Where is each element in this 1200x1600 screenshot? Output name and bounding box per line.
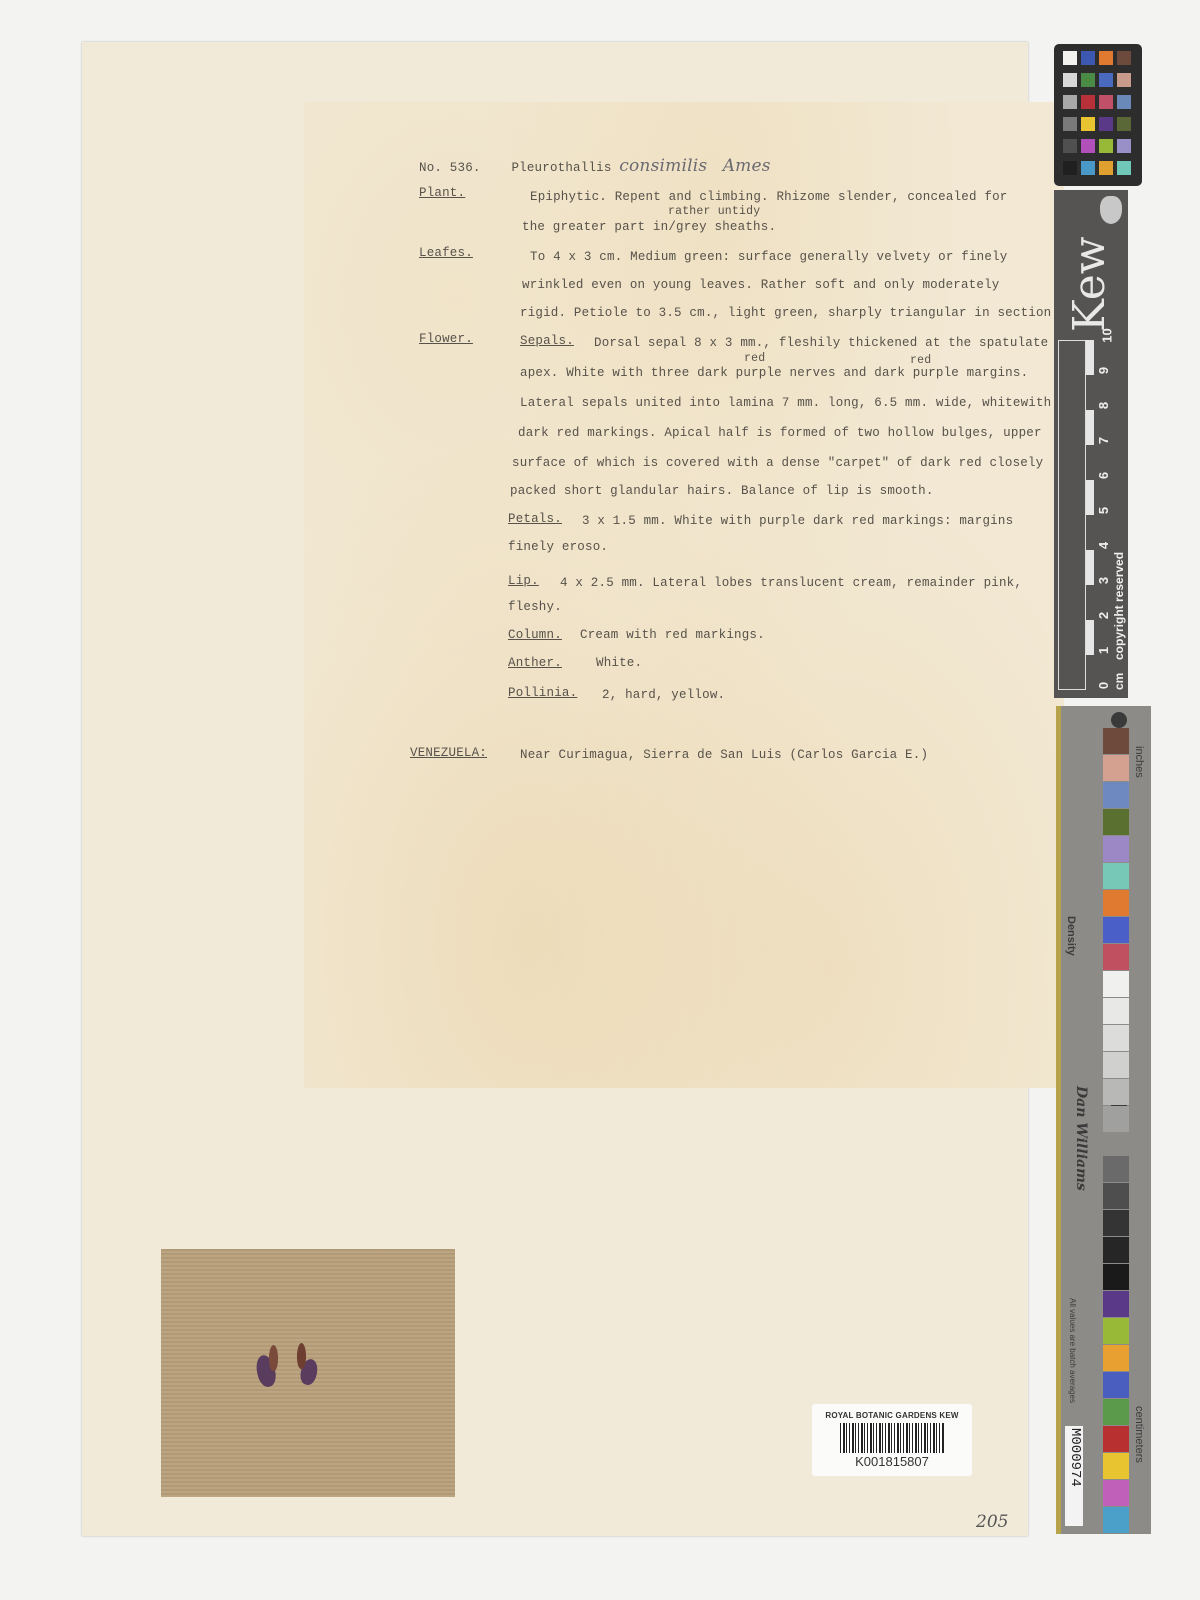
color-swatch [1081, 161, 1095, 175]
author-handwritten: Ames [723, 156, 771, 176]
color-swatch [1099, 95, 1113, 109]
density-patch [1103, 1345, 1129, 1371]
ruler-tick-label: 8 [1096, 402, 1111, 409]
density-patch [1103, 1210, 1129, 1236]
color-swatch [1117, 51, 1131, 65]
density-patch [1103, 1237, 1129, 1263]
lip-line-1: 4 x 2.5 mm. Lateral lobes translucent cr… [560, 576, 1022, 590]
density-patch [1103, 1106, 1129, 1132]
leaves-line-1: To 4 x 3 cm. Medium green: surface gener… [530, 250, 1007, 264]
density-patch [1103, 944, 1129, 970]
plant-line-2: the greater part in/grey sheaths. [522, 220, 776, 234]
lip-line-2: fleshy. [508, 600, 562, 614]
color-swatch [1099, 51, 1113, 65]
dan-williams-brand: Dan Williams [1073, 1086, 1089, 1191]
density-patch [1103, 1507, 1129, 1533]
petals-line-2: finely eroso. [508, 540, 608, 554]
color-swatch [1099, 161, 1113, 175]
color-swatch [1063, 117, 1077, 131]
locality-text: Near Curimagua, Sierra de San Luis (Carl… [520, 748, 928, 762]
density-patch [1103, 1399, 1129, 1425]
leaves-line-3: rigid. Petiole to 3.5 cm., light green, … [520, 306, 1051, 320]
specimen-number: No. 536. [419, 161, 481, 175]
density-patch [1103, 863, 1129, 889]
color-swatch [1117, 117, 1131, 131]
color-swatch [1081, 95, 1095, 109]
color-swatch [1117, 139, 1131, 153]
color-swatch [1099, 73, 1113, 87]
kew-logo-text: Kew [1068, 232, 1112, 332]
density-patch [1103, 1156, 1129, 1182]
inches-label: inches [1133, 746, 1145, 778]
copyright-text: copyright reserved [1112, 552, 1126, 660]
plant-insert: rather untidy [668, 205, 760, 218]
sepals-heading: Sepals. [520, 334, 574, 348]
color-swatch [1081, 51, 1095, 65]
density-patch [1103, 1426, 1129, 1452]
target-id-label: M000974 [1065, 1426, 1083, 1526]
column-heading: Column. [508, 628, 562, 642]
dan-williams-color-target: inches centimeters Density All values ar… [1056, 706, 1151, 1534]
ruler-tick-label: 2 [1096, 612, 1111, 619]
color-swatch [1063, 139, 1077, 153]
color-swatch [1117, 161, 1131, 175]
color-swatch [1063, 161, 1077, 175]
ruler-tick-label: 6 [1096, 472, 1111, 479]
ruler-unit: cm [1112, 673, 1126, 690]
section-heading-plant: Plant. [419, 186, 465, 200]
color-swatch [1081, 139, 1095, 153]
density-patch [1103, 917, 1129, 943]
color-checker-card [1054, 44, 1142, 186]
leaves-line-2: wrinkled even on young leaves. Rather so… [522, 278, 999, 292]
ruler-tick-label: 3 [1096, 577, 1111, 584]
density-patch [1103, 971, 1129, 997]
pollinia-text: 2, hard, yellow. [602, 688, 725, 702]
density-patch [1103, 1318, 1129, 1344]
color-swatch [1063, 73, 1077, 87]
fragment-packet [161, 1249, 455, 1497]
ruler-tick-label: 4 [1096, 542, 1111, 549]
color-swatch [1117, 95, 1131, 109]
strip-hole-top [1111, 712, 1127, 728]
barcode-icon [840, 1423, 944, 1453]
plant-line-1: Epiphytic. Repent and climbing. Rhizome … [530, 190, 1007, 204]
petals-heading: Petals. [508, 512, 562, 526]
ruler-tick-label: 7 [1096, 437, 1111, 444]
density-patch [1103, 1025, 1129, 1051]
petals-line-1: 3 x 1.5 mm. White with purple dark red m… [582, 514, 1013, 528]
color-swatch [1063, 95, 1077, 109]
density-patch [1103, 1264, 1129, 1290]
density-patch [1103, 1183, 1129, 1209]
color-checker-grid [1063, 51, 1131, 175]
ruler-tick-label: 1 [1096, 647, 1111, 654]
density-patch [1103, 728, 1129, 754]
color-swatch [1117, 73, 1131, 87]
lip-heading: Lip. [508, 574, 539, 588]
color-swatch [1099, 117, 1113, 131]
density-patch [1103, 1291, 1129, 1317]
barcode-number: K001815807 [812, 1454, 972, 1469]
column-text: Cream with red markings. [580, 628, 765, 642]
locality-heading: VENEZUELA: [410, 746, 487, 760]
density-patch [1103, 1453, 1129, 1479]
sheet-page-number: 205 [976, 1512, 1008, 1532]
color-swatch [1081, 73, 1095, 87]
sepals-line-3: Lateral sepals united into lamina 7 mm. … [520, 396, 1051, 410]
density-patch [1103, 1079, 1129, 1105]
sepals-insert-1: red [744, 352, 765, 365]
density-patch [1103, 809, 1129, 835]
density-patch [1103, 1372, 1129, 1398]
density-patch [1103, 890, 1129, 916]
color-swatch [1063, 51, 1077, 65]
section-heading-leaves: Leafes. [419, 246, 473, 260]
species-handwritten: consimilis [619, 156, 707, 176]
ruler-tick-label: 9 [1096, 367, 1111, 374]
color-swatch [1081, 117, 1095, 131]
batch-note: All values are batch averages [1068, 1298, 1077, 1403]
density-patch [1103, 782, 1129, 808]
density-patch [1103, 755, 1129, 781]
ruler-tick-label: 5 [1096, 507, 1111, 514]
kew-scale-ruler: Kew 012345678910 copyright reserved cm [1054, 190, 1128, 698]
ruler-bars [1058, 340, 1094, 690]
density-patch [1103, 998, 1129, 1024]
sepals-line-2: apex. White with three dark purple nerve… [520, 366, 1028, 380]
sepals-line-6: packed short glandular hairs. Balance of… [510, 484, 934, 498]
anther-text: White. [596, 656, 642, 670]
density-patch [1103, 836, 1129, 862]
color-swatch [1099, 139, 1113, 153]
herbarium-sheet: No. 536. Pleurothallis consimilis Ames P… [82, 42, 1028, 1536]
density-patch [1103, 1052, 1129, 1078]
sepals-line-5: surface of which is covered with a dense… [512, 456, 1043, 470]
ruler-tick-label: 0 [1096, 682, 1111, 689]
anther-heading: Anther. [508, 656, 562, 670]
sepals-line-1: Dorsal sepal 8 x 3 mm., fleshily thicken… [594, 336, 1048, 350]
centimeters-label: centimeters [1133, 1406, 1145, 1463]
section-heading-flower: Flower. [419, 332, 473, 346]
pollinia-heading: Pollinia. [508, 686, 577, 700]
barcode-institution: ROYAL BOTANIC GARDENS KEW [812, 1411, 972, 1420]
typed-label: No. 536. Pleurothallis consimilis Ames P… [304, 102, 1064, 1088]
flower-fragment-right-tip [297, 1343, 306, 1369]
kew-crest-icon [1100, 196, 1122, 224]
density-patch [1103, 1480, 1129, 1506]
genus-name: Pleurothallis [511, 161, 611, 175]
barcode-label: ROYAL BOTANIC GARDENS KEW K001815807 [812, 1404, 972, 1476]
density-label: Density [1065, 916, 1077, 956]
flower-fragment-left-tip [269, 1345, 278, 1371]
ruler-tick-label: 10 [1100, 328, 1115, 342]
sepals-line-4: dark red markings. Apical half is formed… [518, 426, 1042, 440]
